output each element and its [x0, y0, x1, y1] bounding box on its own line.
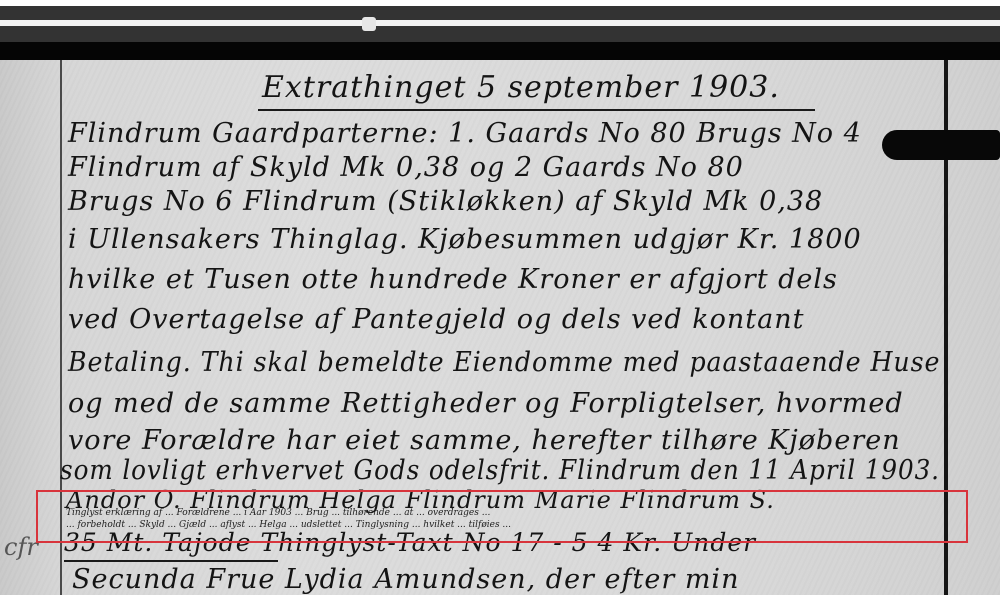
text-line-9: vore Forældre har eiet samme, herefter t… [68, 425, 901, 456]
registration-underline [64, 560, 278, 562]
image-top-border [0, 42, 1000, 62]
highlight-box [36, 490, 968, 543]
zoom-slider-thumb[interactable] [362, 17, 376, 31]
zoom-slider-track[interactable] [0, 20, 1000, 26]
text-line-6: ved Overtagelse af Pantegjeld og dels ve… [68, 304, 804, 335]
text-line-1: Flindrum Gaardparterne: 1. Gaards No 80 … [68, 118, 862, 149]
text-line-4: i Ullensakers Thinglag. Kjøbesummen udgj… [68, 224, 862, 255]
title-underline [258, 109, 815, 111]
margin-note: cfr [4, 533, 38, 561]
document-title: Extrathinget 5 september 1903. [262, 70, 780, 105]
text-line-7: Betaling. Thi skal bemeldte Eiendomme me… [68, 347, 940, 378]
text-line-secunda: Secunda Frue Lydia Amundsen, der efter m… [72, 564, 739, 595]
text-line-8: og med de samme Rettigheder og Forpligte… [68, 388, 904, 419]
text-line-2: Flindrum af Skyld Mk 0,38 og 2 Gaards No… [68, 152, 744, 183]
text-line-3: Brugs No 6 Flindrum (Stikløkken) af Skyl… [68, 186, 823, 217]
ink-blot [882, 130, 1000, 160]
text-line-10: som lovligt erhvervet Gods odelsfrit. Fl… [60, 455, 940, 486]
text-line-5: hvilke et Tusen otte hundrede Kroner er … [68, 264, 838, 295]
